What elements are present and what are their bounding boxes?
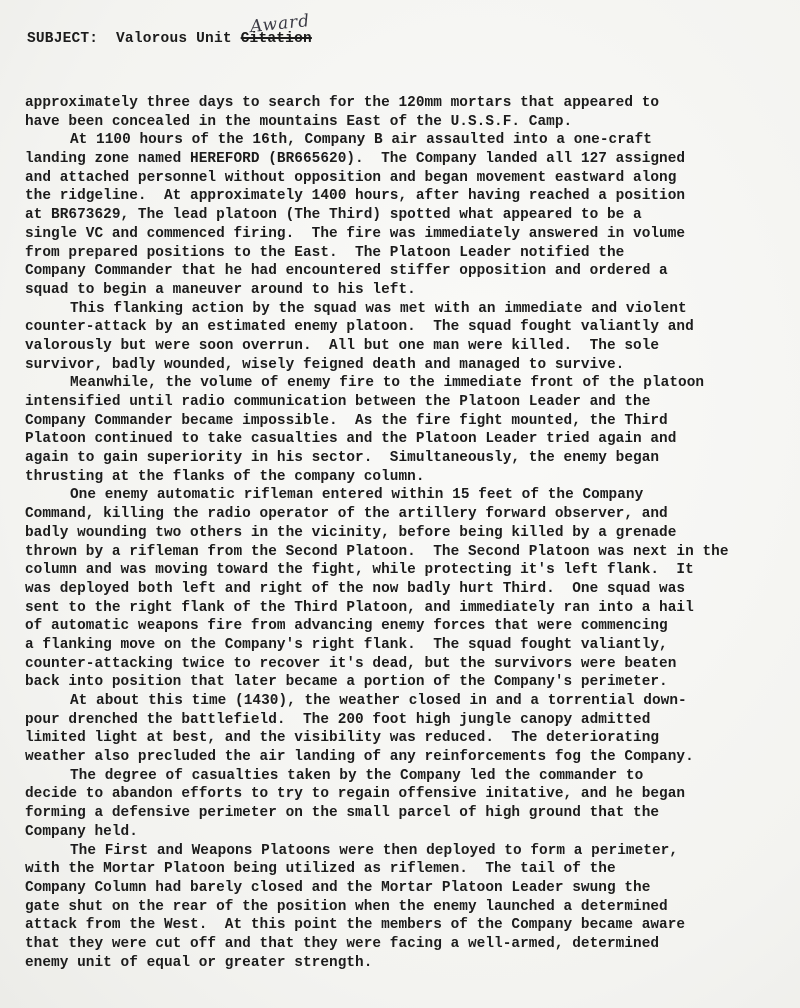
- text-line: sent to the right flank of the Third Pla…: [25, 599, 800, 618]
- text-line: the ridgeline. At approximately 1400 hou…: [25, 187, 800, 206]
- text-line: again to gain superiority in his sector.…: [25, 449, 800, 468]
- text-line: Command, killing the radio operator of t…: [25, 505, 800, 524]
- text-line: landing zone named HEREFORD (BR665620). …: [25, 150, 800, 169]
- text-line: at BR673629, The lead platoon (The Third…: [25, 206, 800, 225]
- text-line: and attached personnel without oppositio…: [25, 169, 800, 188]
- text-line: thrusting at the flanks of the company c…: [25, 468, 800, 487]
- text-line: squad to begin a maneuver around to his …: [25, 281, 800, 300]
- text-line: was deployed both left and right of the …: [25, 580, 800, 599]
- text-line: attack from the West. At this point the …: [25, 916, 800, 935]
- paragraph-start-line: Meanwhile, the volume of enemy fire to t…: [25, 374, 800, 393]
- text-line: column and was moving toward the fight, …: [25, 561, 800, 580]
- text-line: have been concealed in the mountains Eas…: [25, 113, 800, 132]
- text-line: thrown by a rifleman from the Second Pla…: [25, 543, 800, 562]
- text-line: a flanking move on the Company's right f…: [25, 636, 800, 655]
- text-line: pour drenched the battlefield. The 200 f…: [25, 711, 800, 730]
- text-line: with the Mortar Platoon being utilized a…: [25, 860, 800, 879]
- text-line: decide to abandon efforts to try to rega…: [25, 785, 800, 804]
- paragraph-start-line: At 1100 hours of the 16th, Company B air…: [25, 131, 800, 150]
- text-line: Platoon continued to take casualties and…: [25, 430, 800, 449]
- text-line: counter-attack by an estimated enemy pla…: [25, 318, 800, 337]
- paragraph-start-line: The First and Weapons Platoons were then…: [25, 842, 800, 861]
- subject-label: SUBJECT:: [27, 31, 98, 47]
- text-line: enemy unit of equal or greater strength.: [25, 954, 800, 973]
- text-line: of automatic weapons fire from advancing…: [25, 617, 800, 636]
- text-line: from prepared positions to the East. The…: [25, 244, 800, 263]
- subject-text: Valorous Unit: [116, 31, 232, 47]
- text-line: counter-attacking twice to recover it's …: [25, 655, 800, 674]
- text-line: gate shut on the rear of the position wh…: [25, 898, 800, 917]
- text-line: forming a defensive perimeter on the sma…: [25, 804, 800, 823]
- text-line: valorously but were soon overrun. All bu…: [25, 337, 800, 356]
- text-line: Company Commander that he had encountere…: [25, 262, 800, 281]
- text-line: back into position that later became a p…: [25, 673, 800, 692]
- paragraph-start-line: At about this time (1430), the weather c…: [25, 692, 800, 711]
- text-line: survivor, badly wounded, wisely feigned …: [25, 356, 800, 375]
- text-line: approximately three days to search for t…: [25, 94, 800, 113]
- text-line: single VC and commenced firing. The fire…: [25, 225, 800, 244]
- text-line: badly wounding two others in the vicinit…: [25, 524, 800, 543]
- text-line: Company held.: [25, 823, 800, 842]
- text-line: intensified until radio communication be…: [25, 393, 800, 412]
- text-line: limited light at best, and the visibilit…: [25, 729, 800, 748]
- paragraph-start-line: The degree of casualties taken by the Co…: [25, 767, 800, 786]
- text-line: that they were cut off and that they wer…: [25, 935, 800, 954]
- paragraph-start-line: One enemy automatic rifleman entered wit…: [25, 486, 800, 505]
- paragraph-start-line: This flanking action by the squad was me…: [25, 300, 800, 319]
- text-line: weather also precluded the air landing o…: [25, 748, 800, 767]
- document-page: SUBJECT: Valorous Unit Citation Award ap…: [0, 0, 800, 1008]
- text-line: Company Column had barely closed and the…: [25, 879, 800, 898]
- document-body: approximately three days to search for t…: [25, 94, 800, 972]
- text-line: Company Commander became impossible. As …: [25, 412, 800, 431]
